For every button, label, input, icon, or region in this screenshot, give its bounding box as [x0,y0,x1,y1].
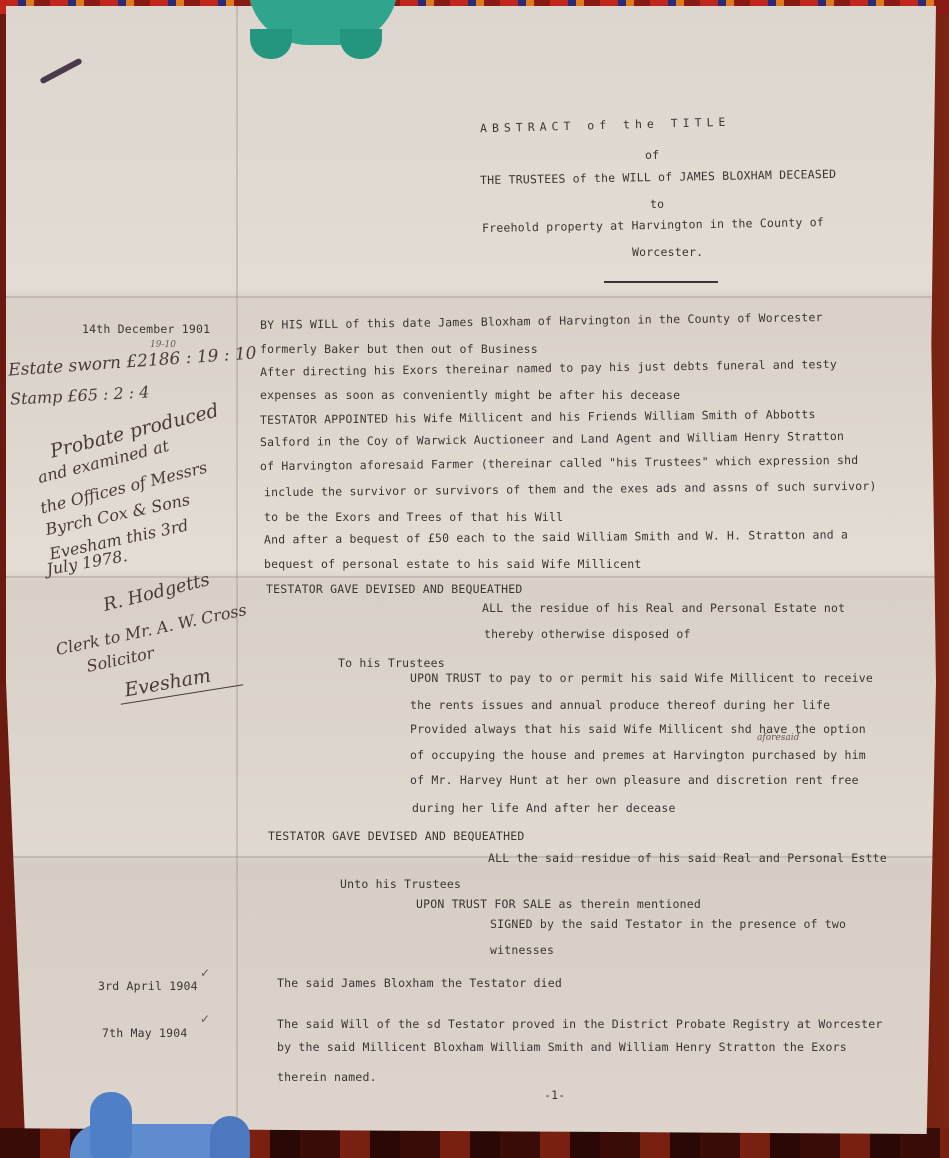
residue-line: thereby otherwise disposed of [484,627,691,641]
doc-title-of: of [645,148,659,162]
trust-line: during her life And after her decease [412,801,676,815]
entry-line: by the said Millicent Bloxham William Sm… [277,1040,847,1054]
blue-toy-weight [60,1092,270,1158]
trust-line: of occupying the house and premes at Har… [410,748,866,762]
trust-sale: UPON TRUST FOR SALE as therein mentioned [416,897,701,911]
title-underline [604,281,718,283]
page-number: -1- [544,1088,565,1102]
handwritten-insertion: aforesaid [757,733,799,743]
entry-line: The said Will of the sd Testator proved … [277,1017,883,1031]
fold-line [6,296,936,298]
fold-line [6,576,936,578]
doc-title-to: to [650,197,664,211]
signed-line: SIGNED by the said Testator in the prese… [490,917,846,931]
entry-date: 14th December 1901 [82,322,210,336]
entry-date: 7th May 1904 [102,1026,187,1040]
entry-line: bequest of personal estate to his said W… [264,557,642,571]
residue-line: ALL the said residue of his said Real an… [488,851,887,865]
entry-line: TESTATOR GAVE DEVISED AND BEQUEATHED [266,582,522,596]
entry-line: formerly Baker but then out of Business [260,342,538,356]
to-trustees: To his Trustees [338,656,445,670]
toy-ear [210,1116,250,1158]
fold-line [236,6,238,1134]
entry-line: The said James Bloxham the Testator died [277,976,562,990]
tick-mark-icon: ✓ [200,1012,210,1026]
trust-line: of Mr. Harvey Hunt at her own pleasure a… [410,773,859,787]
tick-mark-icon: ✓ [200,966,210,980]
toy-ear [90,1092,132,1158]
entry-line: expenses as soon as conveniently might b… [260,388,680,402]
entry-line: therein named. [277,1070,377,1084]
trust-line: the rents issues and annual produce ther… [410,698,830,712]
teal-toy-weight [248,0,398,45]
entry-date: 3rd April 1904 [98,979,198,993]
signed-line: witnesses [490,943,554,957]
trust-line: UPON TRUST to pay to or permit his said … [410,671,873,685]
entry-line: to be the Exors and Trees of that his Wi… [264,510,563,524]
gave-devised: TESTATOR GAVE DEVISED AND BEQUEATHED [268,829,524,843]
residue-line: ALL the residue of his Real and Personal… [482,601,845,615]
unto-trustees: Unto his Trustees [340,877,461,891]
doc-title-county: Worcester. [632,245,703,259]
handwritten-estate-small: 19-10 [150,340,176,350]
